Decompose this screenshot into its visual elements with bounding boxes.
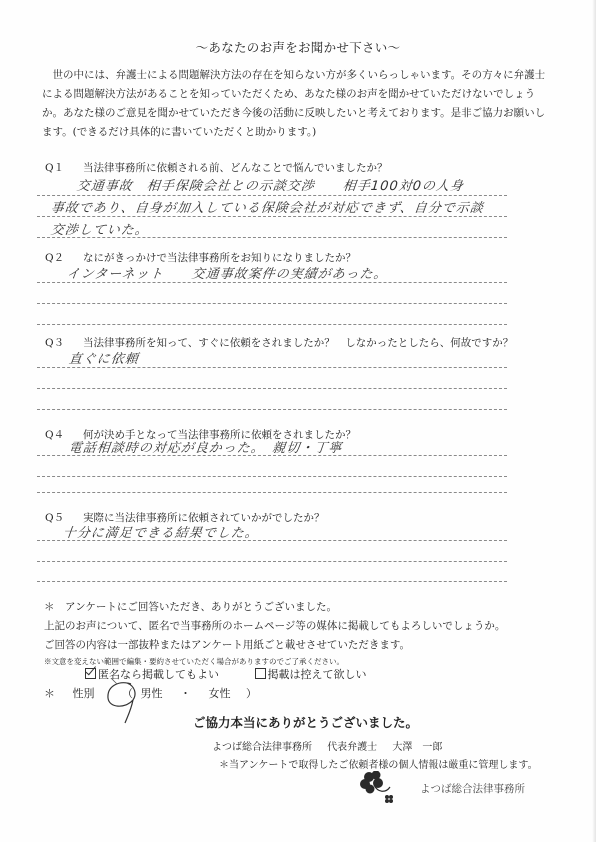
intro-paragraph: 世の中には、弁護士による問題解決方法の存在を知らない方が多くいらっしゃいます。そ…: [42, 66, 552, 142]
representative-name: 大澤 一郎: [392, 742, 442, 753]
handwritten-circle-icon: [103, 678, 139, 724]
logo-text: よつば総合法律事務所: [420, 781, 525, 796]
answer-line: [37, 324, 507, 325]
answer-line: [37, 367, 507, 368]
handwritten-answer: 電話相談時の対応が良かった。 親切・丁寧: [68, 437, 344, 456]
answer-line: [37, 216, 507, 217]
handwritten-answer: インターネット 交通事故案件の実績があった。: [66, 263, 389, 282]
intro-line: か。あなた様のご意見を聞かせていただき今後の活動に反映したいと考えております。是…: [42, 104, 552, 123]
answer-line: [37, 561, 507, 562]
handwritten-answer: 十分に満足できる結果でした。: [62, 522, 260, 541]
question-text: 当法律事務所を知って、すぐに依頼をされましたか？ しなかったとしたら、何故ですか…: [83, 335, 513, 350]
closing-notes: ＊ アンケートにご回答いただき、ありがとうございました。 上記のお声について、匿…: [44, 598, 564, 669]
intro-line: による問題解決方法があることを知っていただくため、あなた様のお声を聞かせていただ…: [42, 85, 552, 104]
checkbox-icon[interactable]: [255, 668, 266, 679]
answer-line: [37, 282, 507, 283]
question-number: Q４: [45, 427, 64, 442]
intro-line: 世の中には、弁護士による問題解決方法の存在を知らない方が多くいらっしゃいます。そ…: [42, 66, 552, 85]
answer-line: [37, 492, 507, 493]
answer-line: [37, 303, 507, 304]
asterisk: ＊: [44, 687, 55, 700]
question-text: 当法律事務所に依頼される前、どんなことで悩んでいましたか？: [83, 160, 388, 175]
separator: ・: [180, 687, 191, 700]
handwritten-answer: 交通事故 相手保険会社との示談交渉 相手100対0の人身: [76, 175, 465, 194]
handwritten-answer: 交渉していた。: [50, 219, 150, 238]
consent-label: 掲載は控えて欲しい: [268, 668, 367, 681]
answer-line: [37, 476, 507, 477]
answer-line: [37, 409, 507, 410]
closing-line: ＊ アンケートにご回答いただき、ありがとうございました。: [44, 598, 564, 617]
thanks-heading: ご協力本当にありがとうございました。: [193, 713, 418, 731]
handwritten-answer: 直ぐに依頼: [68, 348, 140, 367]
question-number: Q３: [45, 335, 64, 350]
answer-line: [37, 581, 507, 582]
closing-line: 上記のお声について、匿名で当事務所のホームページ等の媒体に掲載してもよろしいでし…: [44, 617, 564, 636]
question-number: Q５: [45, 510, 64, 525]
question-number: Q２: [45, 250, 64, 265]
answer-line: [37, 388, 507, 389]
firm-logo: よつば総合法律事務所: [360, 771, 525, 805]
privacy-notice: ＊当アンケートで取得したご依頼者様の個人情報は厳重に管理します。: [219, 756, 538, 771]
closing-line: ご回答の内容は一部抜粋またはアンケート用紙ごと載せさせていただきます。: [44, 636, 564, 655]
answer-line: [37, 195, 507, 196]
handwritten-answer: 事故であり、自身が加入している保険会社が対応できず、自分で示談: [50, 197, 485, 216]
four-leaf-clover-icon: [360, 771, 398, 805]
page-title: ～あなたのお声をお聞かせ下さい～: [0, 38, 596, 56]
representative-role: 代表弁護士: [327, 742, 377, 753]
scan-edge: [592, 0, 596, 842]
consent-option-decline[interactable]: 掲載は控えて欲しい: [255, 668, 367, 681]
close-paren: ）: [246, 687, 257, 700]
gender-label: 性別: [73, 687, 95, 700]
firm-name: よつば総合法律事務所: [212, 742, 312, 753]
question-number: Q１: [45, 160, 64, 175]
checkbox-checked-icon[interactable]: [85, 668, 96, 679]
intro-line: ます。(できるだけ具体的に書いていただくと助かります。): [42, 123, 552, 142]
signature: よつば総合法律事務所 代表弁護士 大澤 一郎: [212, 738, 454, 753]
gender-option-female[interactable]: 女性: [209, 687, 231, 700]
questionnaire-page: ～あなたのお声をお聞かせ下さい～ 世の中には、弁護士による問題解決方法の存在を知…: [0, 0, 596, 842]
gender-field: ＊ 性別 （ 男性 ・ 女性 ）: [44, 685, 257, 701]
gender-option-male[interactable]: 男性: [141, 687, 163, 700]
